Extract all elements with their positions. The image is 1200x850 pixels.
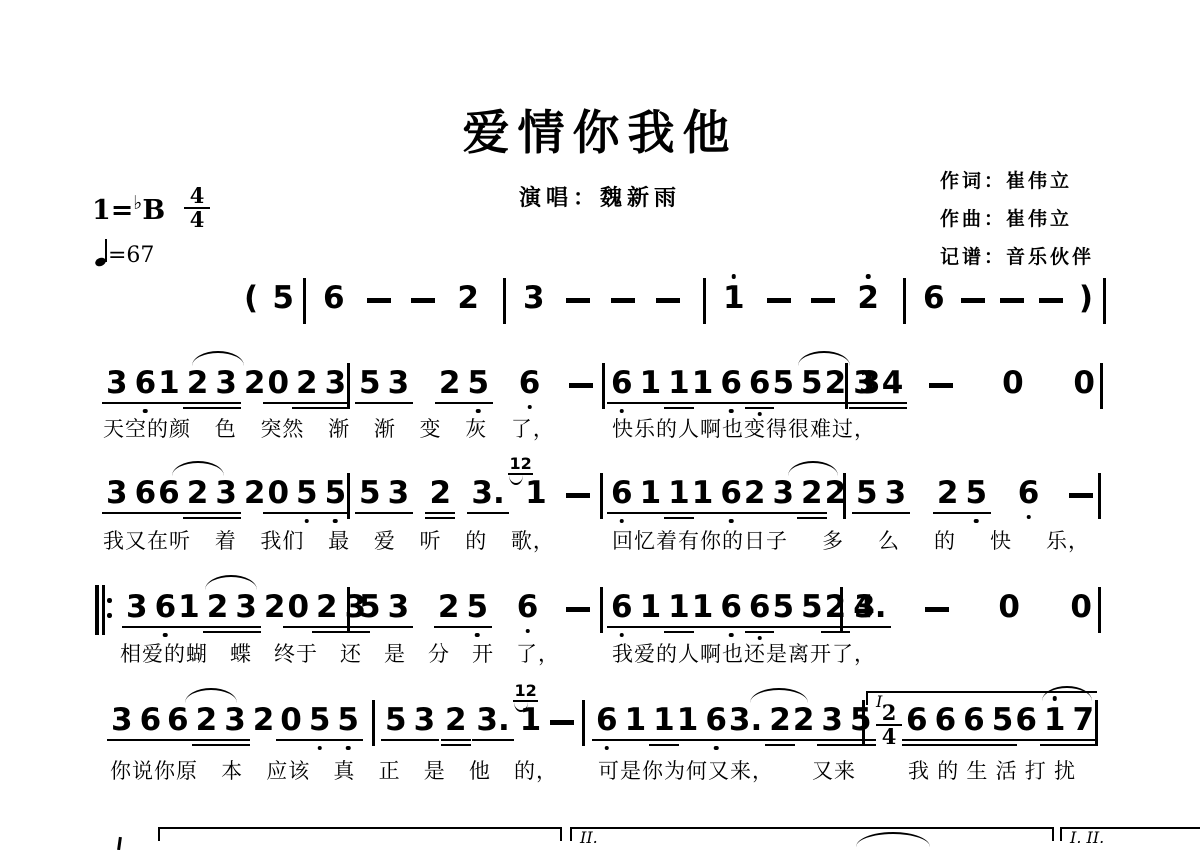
lyric-syllable: 最 xyxy=(328,525,350,555)
note-group: 16 xyxy=(676,705,728,736)
beam-line xyxy=(959,744,989,747)
tempo-marking: =67 xyxy=(95,239,154,268)
beam-line xyxy=(441,739,471,742)
beam-line xyxy=(846,744,876,747)
barline xyxy=(843,473,846,519)
note-group xyxy=(1039,283,1063,303)
duration-dash xyxy=(566,607,590,612)
beam-line xyxy=(283,626,313,629)
note: 2 xyxy=(456,283,480,314)
beam-line xyxy=(740,512,770,515)
note: 2 xyxy=(428,478,452,509)
lyric-line: 回忆着有你的日子多么的快乐， xyxy=(612,525,1090,555)
beam-line xyxy=(462,626,492,629)
beam-line xyxy=(846,739,876,742)
note: 5 xyxy=(855,478,879,509)
note-group: 611 xyxy=(610,592,691,623)
note: 1 xyxy=(1043,705,1067,736)
repeat-dot xyxy=(107,598,112,603)
octave-dot-below xyxy=(729,519,734,524)
note-group: 2 xyxy=(428,478,452,509)
beam-line xyxy=(878,407,908,410)
note-group: 617 xyxy=(1014,705,1095,736)
note-group xyxy=(566,592,590,612)
beam-line xyxy=(931,744,961,747)
duration-dash xyxy=(569,383,593,388)
barline xyxy=(845,363,848,409)
note-group: 3.2 xyxy=(728,705,792,736)
lyric-line: 天空的颜色突然渐渐变灰了， xyxy=(103,413,555,443)
note: 6 xyxy=(157,478,181,509)
beam-line xyxy=(163,739,193,742)
note: 1 xyxy=(624,705,648,736)
beam-line xyxy=(988,744,1018,747)
note-group: 2 xyxy=(444,705,468,736)
measure: 62 xyxy=(322,283,480,314)
duration-dash xyxy=(656,298,680,303)
lyric-syllable: 生 xyxy=(966,755,988,785)
lyric-syllable: 分 xyxy=(428,638,450,668)
rest-note: 0 xyxy=(279,705,303,736)
note-group: 166 xyxy=(691,368,772,399)
note-group: 2 xyxy=(856,283,880,314)
note: 3.12 xyxy=(475,705,510,736)
lyric-syllable: 我爱的人啊也还是离开 xyxy=(612,638,832,668)
note-group xyxy=(961,283,985,303)
beam-line xyxy=(959,739,989,742)
beam-line xyxy=(688,512,718,515)
octave-dot-above xyxy=(732,274,737,279)
beam-line xyxy=(933,512,963,515)
repeat-thin-line xyxy=(102,585,105,635)
grace-notes: 12 xyxy=(513,683,537,702)
note: 1 xyxy=(667,368,691,399)
note: 3 xyxy=(413,705,437,736)
barline xyxy=(582,700,585,746)
note: 6 xyxy=(322,283,346,314)
beam-line xyxy=(716,626,746,629)
note-group: 53 xyxy=(855,478,907,509)
lyric-syllable: 我 xyxy=(908,755,930,785)
note: 1 xyxy=(177,592,201,623)
beam-line xyxy=(435,402,465,405)
note-group: 6665 xyxy=(905,705,1014,736)
lyric-line: 相爱的蝴蝶终于还是分开了， xyxy=(120,638,560,668)
note-group xyxy=(367,283,391,303)
measure: 366232055 xyxy=(105,478,340,509)
octave-dot-below xyxy=(527,405,532,410)
beam-line xyxy=(636,626,666,629)
barline xyxy=(903,278,906,324)
lyric-syllable: 打 xyxy=(1025,755,1047,785)
beam-line xyxy=(220,744,250,747)
duration-dash xyxy=(961,298,985,303)
lyric-syllable: 色 xyxy=(215,413,237,443)
note: 3.12 xyxy=(470,478,505,509)
lyric-syllable: 本 xyxy=(221,755,243,785)
note: 3 xyxy=(387,368,411,399)
beam-line xyxy=(102,402,132,405)
note-group xyxy=(566,478,590,498)
measure: (5 xyxy=(243,283,295,314)
note: 1 xyxy=(676,705,700,736)
note: 6 xyxy=(610,592,634,623)
measure: 300 xyxy=(853,592,1093,623)
slur xyxy=(185,688,237,703)
beam-line xyxy=(203,626,233,629)
lyric-syllable: 的 xyxy=(465,525,487,555)
volta-bracket: II. xyxy=(570,827,1054,841)
note: 6 xyxy=(719,368,743,399)
beam-line xyxy=(467,512,508,515)
lyric-syllable: 爱 xyxy=(374,525,396,555)
beam-line xyxy=(817,739,847,742)
song-title: 爱情你我他 xyxy=(0,96,1200,163)
note-group: 023 xyxy=(286,592,367,623)
note: 3 xyxy=(214,478,238,509)
note-group: 0 xyxy=(997,592,1021,623)
beam-line xyxy=(136,739,166,742)
beam-line xyxy=(183,517,213,520)
lyric-syllable: 变 xyxy=(420,413,442,443)
note-group xyxy=(767,283,791,303)
beam-line xyxy=(292,407,322,410)
beam-line xyxy=(688,626,718,629)
note-group: 6 xyxy=(322,283,346,314)
beam-line xyxy=(203,631,233,634)
note: 3 xyxy=(105,368,129,399)
barline xyxy=(372,700,375,746)
beam-line xyxy=(849,407,879,410)
lyric-syllable: 多 xyxy=(822,525,844,555)
octave-dot-below xyxy=(163,633,168,638)
note-group: 25 xyxy=(438,368,490,399)
note-group: 6 xyxy=(516,592,540,623)
barline xyxy=(1098,473,1101,519)
note-group: 611 xyxy=(610,368,691,399)
beam-line xyxy=(821,626,851,629)
duration-dash xyxy=(929,383,953,388)
measure: 53256 xyxy=(358,592,590,623)
lyric-syllable: 突然 xyxy=(260,413,304,443)
beam-line xyxy=(276,739,306,742)
repeat-thick-line xyxy=(95,585,99,635)
beam-line xyxy=(384,402,414,405)
rest-note: 0 xyxy=(1072,368,1096,399)
beam-line xyxy=(745,407,775,410)
lyric-syllable: 我们 xyxy=(260,525,304,555)
beam-line xyxy=(183,407,213,410)
lyric-syllable: 的 xyxy=(934,525,956,555)
note-group: 055 xyxy=(279,705,360,736)
note-group: 1 xyxy=(722,283,746,314)
note-group: 1 xyxy=(524,478,548,509)
beam-line xyxy=(621,739,651,742)
note-group: 232 xyxy=(743,478,824,509)
lyric-syllable: 乐， xyxy=(1046,525,1090,555)
lyric-syllable: 歌， xyxy=(511,525,555,555)
note: 1 xyxy=(639,592,663,623)
note-group: ( xyxy=(243,283,259,314)
beam-line xyxy=(174,626,204,629)
duration-dash xyxy=(367,298,391,303)
note-group: 0 xyxy=(1001,368,1025,399)
beam-line xyxy=(333,739,363,742)
beam-line xyxy=(211,512,241,515)
duration-dash xyxy=(1000,298,1024,303)
beam-line xyxy=(425,512,455,515)
note: 3 xyxy=(820,705,844,736)
note: 6 xyxy=(1014,705,1038,736)
barline xyxy=(1103,278,1106,324)
barline xyxy=(840,587,843,633)
beam-line xyxy=(122,626,152,629)
note: 2 xyxy=(263,592,287,623)
measure: 5323.121 xyxy=(358,478,590,509)
duration-dash xyxy=(566,298,590,303)
rest-note: 0 xyxy=(997,592,1021,623)
lyric-syllable: 正 xyxy=(379,755,401,785)
note-group xyxy=(1069,478,1093,498)
beam-line xyxy=(768,512,798,515)
barline xyxy=(303,278,306,324)
note: 5 xyxy=(384,705,408,736)
beam-line xyxy=(607,512,637,515)
beam-line xyxy=(664,517,694,520)
note: 5 xyxy=(991,705,1015,736)
measure: 6111665524. xyxy=(610,592,835,623)
note-group: 6 xyxy=(922,283,946,314)
duration-dash xyxy=(1069,493,1093,498)
beam-line xyxy=(384,626,414,629)
grace-notes: 12 xyxy=(508,456,532,475)
note: 3 xyxy=(884,478,908,509)
rest-note: 0 xyxy=(286,592,310,623)
lyric-syllable: 他 xyxy=(469,755,491,785)
rest-note: 0 xyxy=(266,478,290,509)
beam-line xyxy=(745,631,775,634)
beam-line xyxy=(673,739,703,742)
measure: 12 xyxy=(722,283,880,314)
lyric-syllable: 渐 xyxy=(374,413,396,443)
note-group: ) xyxy=(1078,283,1094,314)
duration-dash xyxy=(767,298,791,303)
composer-credit: 作曲：崔伟立 xyxy=(940,201,1094,239)
measure: 611162322 xyxy=(610,478,838,509)
beam-line xyxy=(768,626,798,629)
measure: 611163.2235 xyxy=(595,705,850,736)
note-group: 3.12 xyxy=(475,705,510,736)
note-group xyxy=(569,368,593,388)
beam-line xyxy=(441,744,471,747)
beam-line xyxy=(472,739,513,742)
note: 6 xyxy=(139,705,163,736)
note-group: 53 xyxy=(358,478,410,509)
lyric-syllable: 开 xyxy=(472,638,494,668)
lyric-syllable: 快 xyxy=(990,525,1012,555)
note-group xyxy=(811,283,835,303)
lyric-syllable: 回忆着有你的日子 xyxy=(612,525,788,555)
beam-line xyxy=(716,402,746,405)
note: 3 xyxy=(223,705,247,736)
octave-dot-below xyxy=(605,746,610,751)
note: 2 xyxy=(792,705,816,736)
barline xyxy=(600,587,603,633)
beam-line xyxy=(817,744,847,747)
octave-dot-below xyxy=(346,746,351,751)
beam-line xyxy=(355,512,385,515)
note: 3 xyxy=(214,368,238,399)
slur xyxy=(750,688,808,703)
beam-line xyxy=(636,512,666,515)
note-group: 611 xyxy=(595,705,676,736)
note: 2 xyxy=(437,592,461,623)
note: 6 xyxy=(934,705,958,736)
octave-dot-below xyxy=(475,633,480,638)
note: 2 xyxy=(243,368,267,399)
octave-dot-above xyxy=(866,274,871,279)
lyric-line: 可是你为何又来，又来 xyxy=(598,755,856,785)
barline xyxy=(602,363,605,409)
note: 5 xyxy=(336,705,360,736)
duration-dash xyxy=(611,298,635,303)
slur xyxy=(798,351,850,366)
note-group: 6 xyxy=(1017,478,1041,509)
beam-line xyxy=(649,744,679,747)
lyric-syllable: 灰 xyxy=(465,413,487,443)
beam-line xyxy=(321,402,351,405)
duration-dash xyxy=(1039,298,1063,303)
volta-label: II. xyxy=(580,829,598,847)
octave-dot-below xyxy=(714,746,719,751)
volta-bracket xyxy=(158,827,562,841)
note-group: 2 xyxy=(456,283,480,314)
beam-line xyxy=(192,739,222,742)
rest-note: 0 xyxy=(1069,592,1093,623)
beam-line xyxy=(797,512,827,515)
note: 6 xyxy=(610,478,634,509)
beam-line xyxy=(688,402,718,405)
lyric-syllable: 我又在听 xyxy=(103,525,191,555)
measure: 5323.121 xyxy=(384,705,574,736)
lyric-syllable: 相爱的蝴 xyxy=(120,638,208,668)
octave-dot-below xyxy=(333,519,338,524)
note-group: 235 xyxy=(792,705,873,736)
note: 1 xyxy=(157,368,181,399)
note-group: 1 xyxy=(519,705,543,736)
octave-dot-below xyxy=(729,633,734,638)
octave-dot-below xyxy=(525,629,530,634)
lyric-syllable: 的， xyxy=(514,755,558,785)
beam-line xyxy=(434,626,464,629)
note: 6 xyxy=(748,592,772,623)
lyric-syllable: 可是你为何又来， xyxy=(598,755,774,785)
note: 2 xyxy=(768,705,792,736)
beam-line xyxy=(211,517,241,520)
note: 6 xyxy=(719,592,743,623)
note-group: 36 xyxy=(105,368,157,399)
beam-line xyxy=(849,402,879,405)
note: 1 xyxy=(524,478,548,509)
lyric-syllable: 听 xyxy=(420,525,442,555)
note: 5 xyxy=(800,368,824,399)
lyric-line: 快乐的人啊也变得很难过， xyxy=(612,413,850,443)
beam-line xyxy=(821,631,851,634)
note: 2 xyxy=(800,478,824,509)
beam-line xyxy=(852,512,882,515)
beam-line xyxy=(154,402,184,405)
note: 6 xyxy=(922,283,946,314)
octave-dot-below xyxy=(620,519,625,524)
note: 5 xyxy=(849,705,873,736)
note: 3 xyxy=(387,478,411,509)
note-group: 0 xyxy=(1069,592,1093,623)
beam-line xyxy=(664,631,694,634)
note: 6 xyxy=(704,705,728,736)
barline xyxy=(347,587,350,633)
octave-dot-below xyxy=(620,633,625,638)
measure: 3 xyxy=(522,283,680,314)
duration-dash xyxy=(411,298,435,303)
lyric-syllable: 真 xyxy=(333,755,355,785)
note-group: 166 xyxy=(691,592,772,623)
note: 5 xyxy=(358,368,382,399)
note: 1 xyxy=(639,368,663,399)
note: 5 xyxy=(271,283,295,314)
note: 1 xyxy=(652,705,676,736)
beam-line xyxy=(768,402,798,405)
beam-line xyxy=(183,402,213,405)
note: 3 xyxy=(110,705,134,736)
beam-line xyxy=(154,512,184,515)
barline xyxy=(1095,700,1098,746)
lyricist-credit: 作词：崔伟立 xyxy=(940,163,1094,201)
note: 2 xyxy=(206,592,230,623)
note-group xyxy=(566,283,590,303)
note: 6 xyxy=(719,478,743,509)
note: 5 xyxy=(771,592,795,623)
barline xyxy=(347,363,350,409)
note-group: 3.12 xyxy=(470,478,505,509)
lyric-syllable: 还 xyxy=(340,638,362,668)
rest-note: 0 xyxy=(1001,368,1025,399)
beam-line xyxy=(321,407,351,410)
note: 2 xyxy=(295,368,319,399)
note-group: 055 xyxy=(266,478,347,509)
note: 5 xyxy=(358,592,382,623)
note-group xyxy=(611,283,635,303)
time-signature: 4 4 xyxy=(182,186,212,230)
barline xyxy=(862,700,865,746)
note-group: 36 xyxy=(125,592,177,623)
note: 5 xyxy=(295,478,319,509)
note: 6 xyxy=(905,705,929,736)
note-group: 3 xyxy=(522,283,546,314)
note-group: 023 xyxy=(266,368,347,399)
beam-line xyxy=(384,512,414,515)
measure: 53256 xyxy=(855,478,1093,509)
note-group xyxy=(929,368,953,388)
barline xyxy=(703,278,706,324)
note: 1 xyxy=(691,478,715,509)
lyric-syllable: 是 xyxy=(424,755,446,785)
beam-line xyxy=(231,631,261,634)
beam-line xyxy=(211,407,241,410)
repeat-dot xyxy=(107,613,112,618)
beam-line xyxy=(765,744,795,747)
note: 3 xyxy=(522,283,546,314)
beam-line xyxy=(321,512,351,515)
